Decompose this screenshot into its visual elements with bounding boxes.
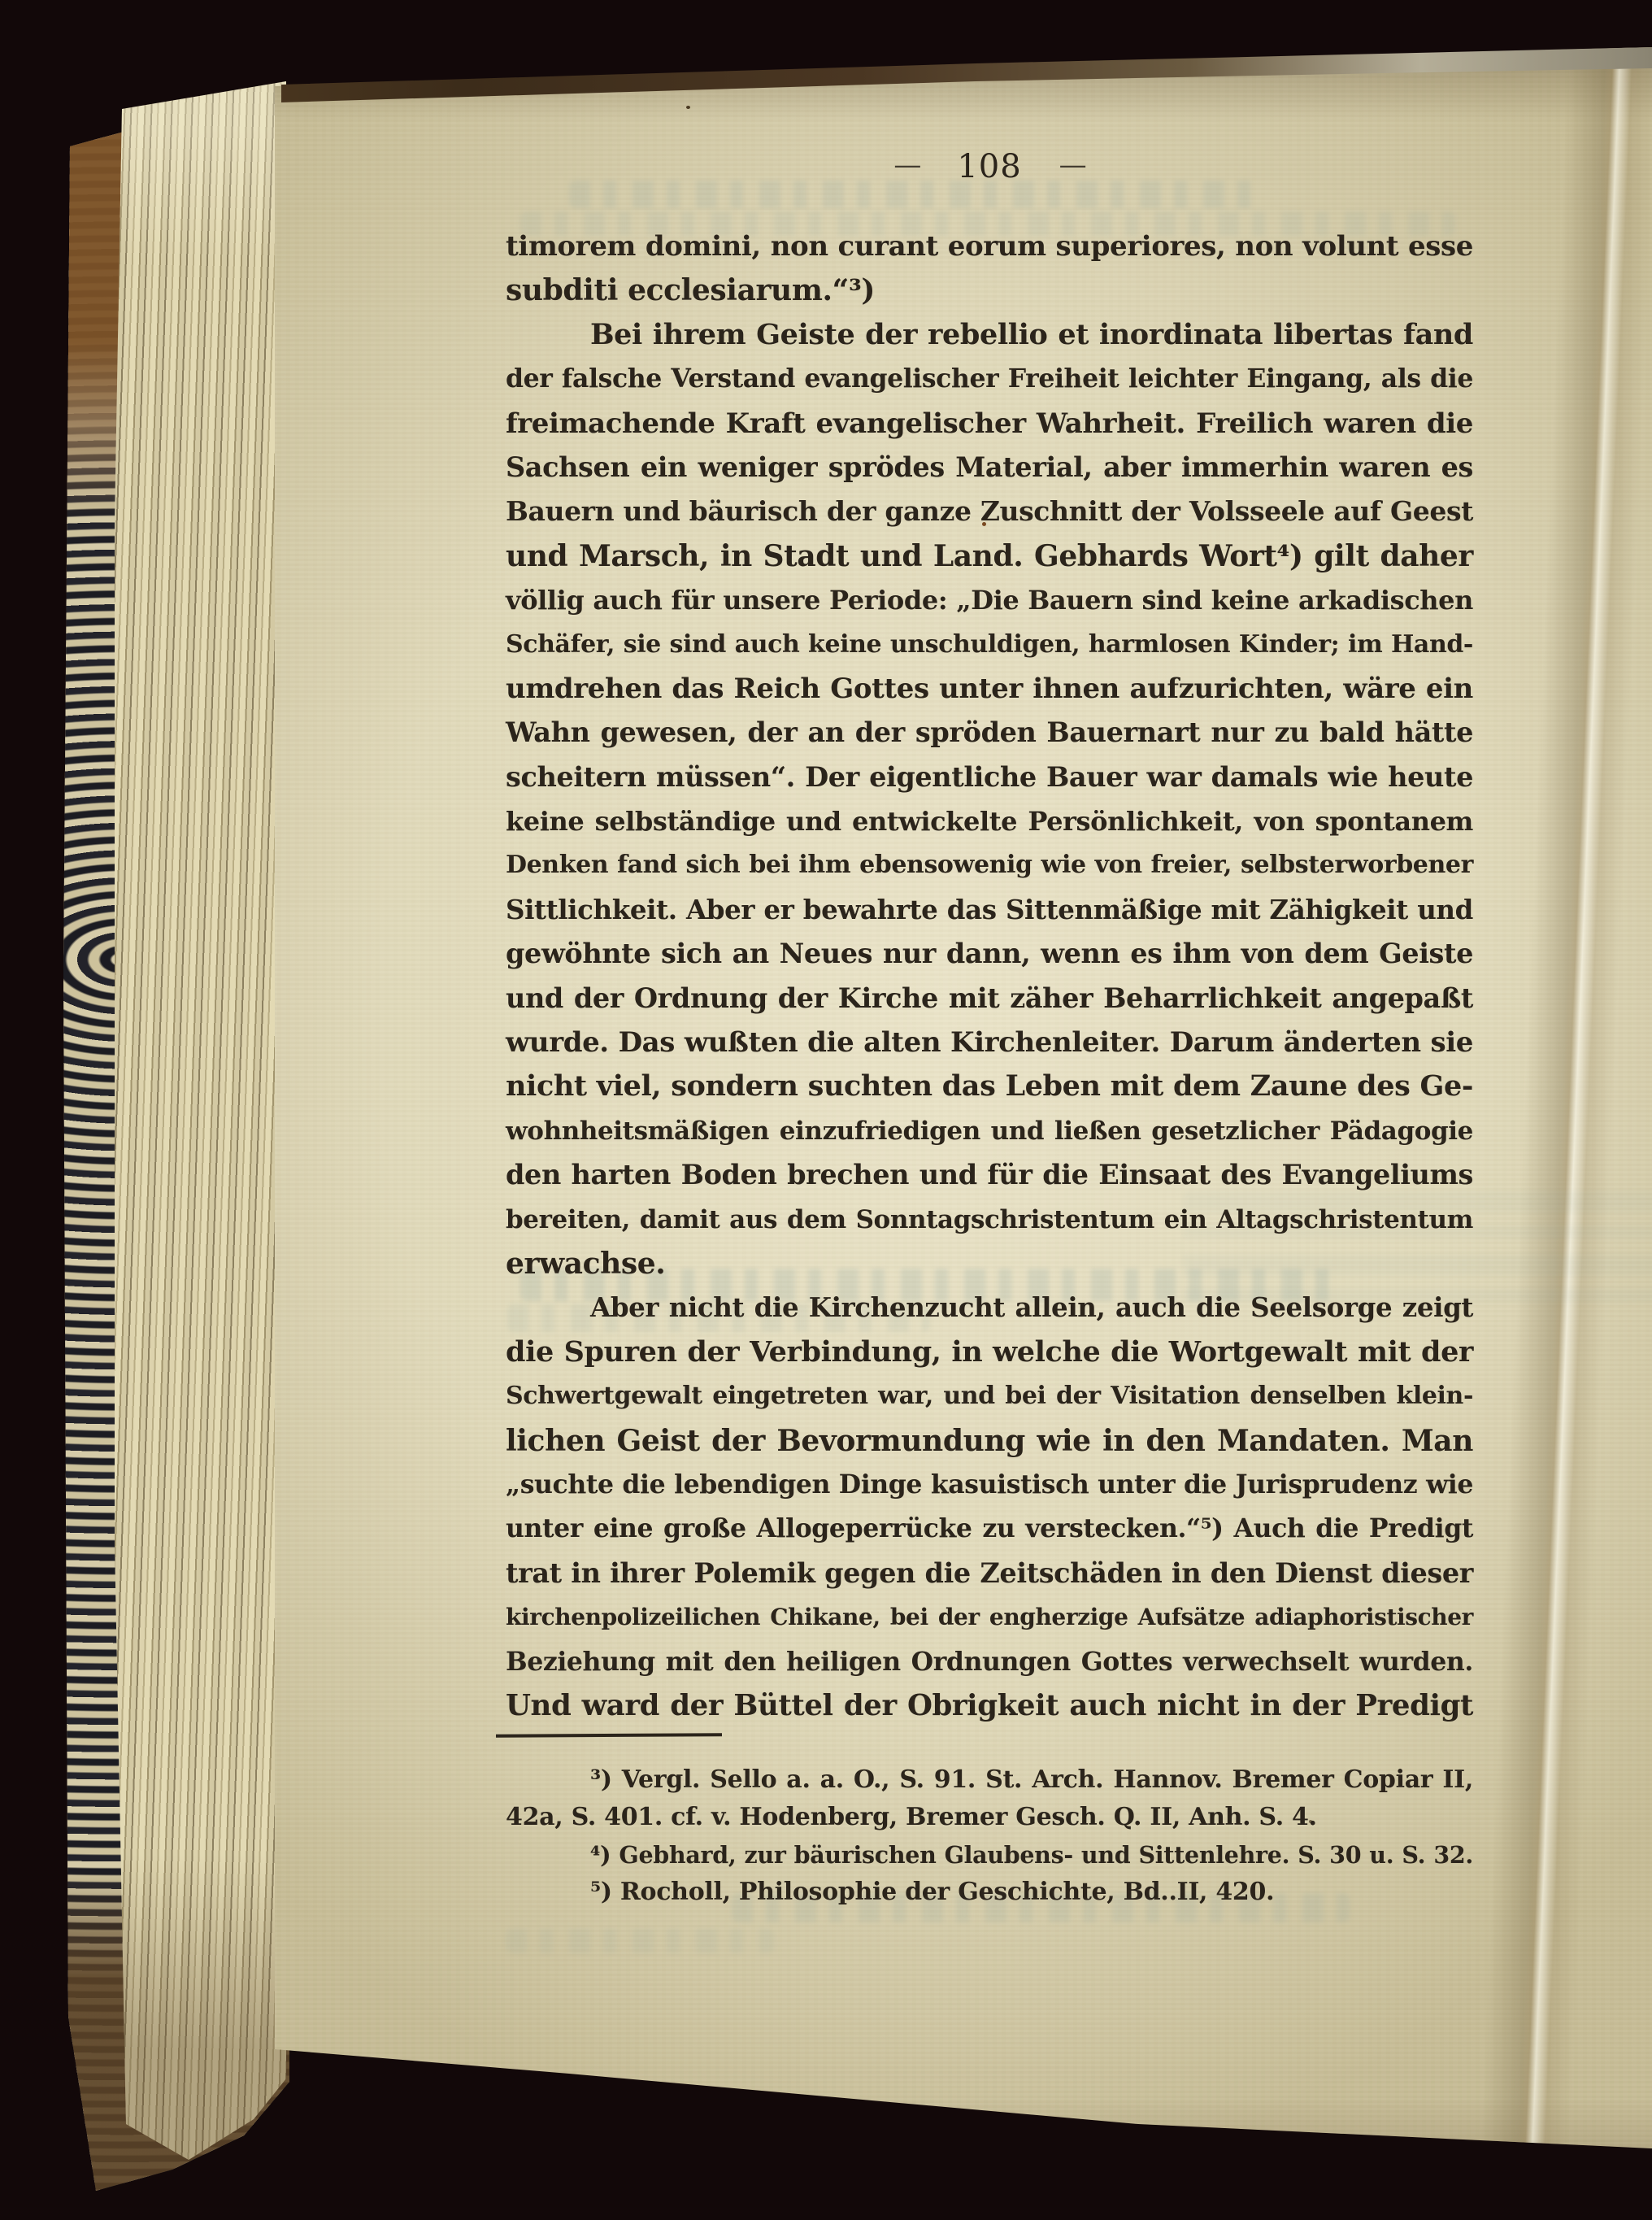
- text-line: Bauern und bäurisch der ganze Zuschnitt …: [506, 490, 1473, 533]
- text-line: lichen Geist der Bevormundung wie in den…: [506, 1419, 1473, 1463]
- text-line: unter eine große Allogeperrücke zu verst…: [506, 1507, 1473, 1551]
- text-line: freimachende Kraft evangelischer Wahrhei…: [506, 402, 1473, 446]
- header-dash-right: —: [1059, 149, 1085, 181]
- text-line: und Marsch, in Stadt und Land. Gebhards …: [506, 534, 1473, 578]
- text-line: völlig auch für unsere Periode: „Die Bau…: [506, 578, 1473, 622]
- page-number: 108: [957, 148, 1021, 185]
- text-line: Bei ihrem Geiste der rebellio et inordin…: [506, 313, 1473, 357]
- text-line: scheitern müssen“. Der eigentliche Bauer…: [506, 755, 1473, 799]
- text-line: wurde. Das wußten die alten Kirchenleite…: [506, 1021, 1473, 1064]
- header-dash-left: —: [893, 149, 919, 181]
- text-line: Beziehung mit den heiligen Ordnungen Got…: [506, 1640, 1473, 1684]
- text-line: bereiten, damit aus dem Sonntagschristen…: [506, 1198, 1473, 1242]
- text-line: umdrehen das Reich Gottes unter ihnen au…: [506, 667, 1473, 711]
- text-line: Schwertgewalt eingetreten war, und bei d…: [506, 1374, 1473, 1418]
- book-scan: —108— timorem domini, non curant eorum s…: [0, 0, 1652, 2220]
- text-line: Denken fand sich bei ihm ebensowenig wie…: [506, 843, 1473, 887]
- text-line: trat in ihrer Polemik gegen die Zeitschä…: [506, 1552, 1473, 1595]
- text-line: „suchte die lebendigen Dinge kasuistisch…: [506, 1463, 1473, 1507]
- text-line: Sittlichkeit. Aber er bewahrte das Sitte…: [506, 888, 1473, 932]
- footnote-line: 42a, S. 401. cf. v. Hodenberg, Bremer Ge…: [506, 1799, 1473, 1836]
- text-line: nicht viel, sondern suchten das Leben mi…: [506, 1064, 1473, 1108]
- text-line: der falsche Verstand evangelischer Freih…: [506, 357, 1473, 401]
- text-line: Sachsen ein weniger sprödes Material, ab…: [506, 446, 1473, 490]
- footnote-line: ⁵) Rocholl, Philosophie der Geschichte, …: [506, 1874, 1473, 1911]
- text-line: kirchenpolizeilichen Chikane, bei der en…: [506, 1595, 1473, 1639]
- text-line: timorem domini, non curant eorum superio…: [506, 224, 1473, 268]
- text-line: den harten Boden brechen und für die Ein…: [506, 1153, 1473, 1197]
- text-line: subditi ecclesiarum.“³): [506, 268, 1473, 312]
- text-line: gewöhnte sich an Neues nur dann, wenn es…: [506, 932, 1473, 976]
- page-content: —108— timorem domini, non curant eorum s…: [0, 0, 1652, 2220]
- text-line: keine selbständige und entwickelte Persö…: [506, 799, 1473, 843]
- text-line: Aber nicht die Kirchenzucht allein, auch…: [506, 1286, 1473, 1330]
- text-line: Schäfer, sie sind auch keine unschuldige…: [506, 623, 1473, 667]
- text-line: und der Ordnung der Kirche mit zäher Beh…: [506, 977, 1473, 1021]
- footnote-line: ³) Vergl. Sello a. a. O., S. 91. St. Arc…: [506, 1761, 1473, 1799]
- text-line: die Spuren der Verbindung, in welche die…: [506, 1330, 1473, 1374]
- text-line: wohnheitsmäßigen einzufriedigen und ließ…: [506, 1109, 1473, 1153]
- footnote-line: ⁴) Gebhard, zur bäurischen Glaubens- und…: [506, 1836, 1473, 1874]
- footnote-separator-rule: [496, 1733, 722, 1737]
- text-line: Wahn gewesen, der an der spröden Bauerna…: [506, 711, 1473, 755]
- text-line: erwachse.: [506, 1242, 1473, 1286]
- body-text: timorem domini, non curant eorum superio…: [506, 224, 1473, 1728]
- page-header: —108—: [506, 148, 1473, 185]
- footnotes: ³) Vergl. Sello a. a. O., S. 91. St. Arc…: [506, 1761, 1473, 1911]
- text-line: Und ward der Büttel der Obrigkeit auch n…: [506, 1684, 1473, 1728]
